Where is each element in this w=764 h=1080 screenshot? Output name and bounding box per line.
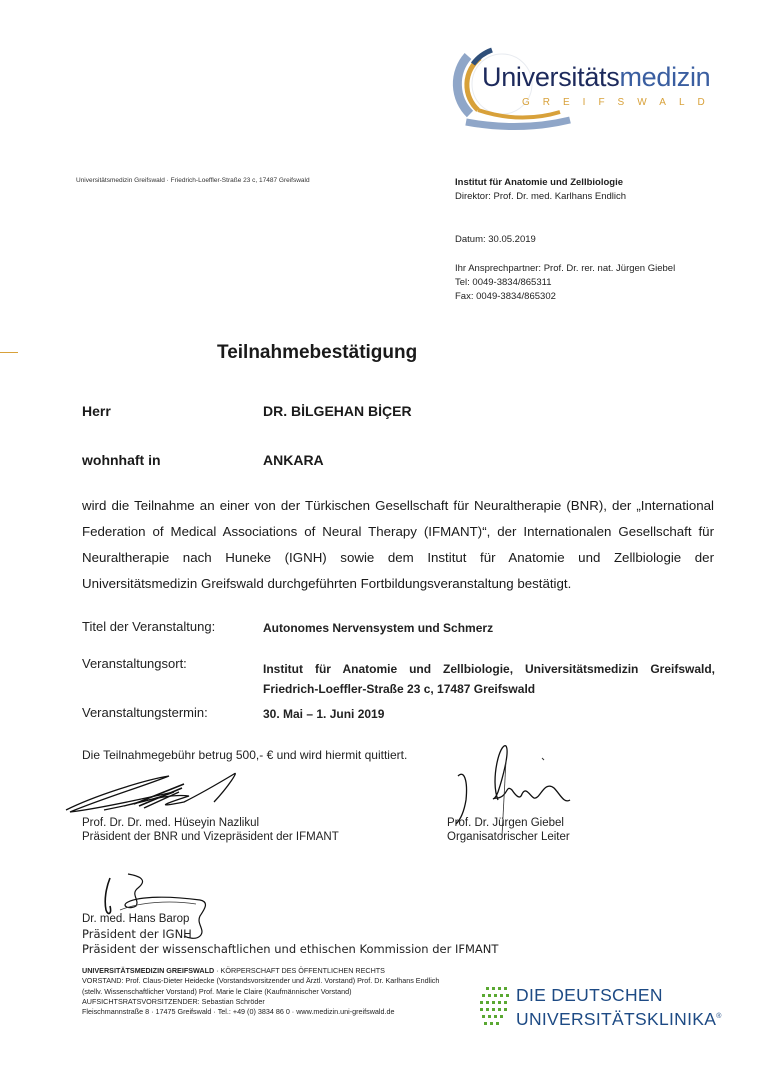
footer-line-5: Fleischmannstraße 8 · 17475 Greifswald ·…	[82, 1007, 439, 1017]
event-title-value: Autonomes Nervensystem und Schmerz	[263, 621, 493, 635]
institute-block: Institut für Anatomie und Zellbiologie D…	[455, 176, 626, 204]
logo-wordmark: Universitätsmedizin	[482, 62, 710, 93]
contact-block: Ihr Ansprechpartner: Prof. Dr. rer. nat.…	[455, 262, 675, 304]
footer-legal-form: · KÖRPERSCHAFT DES ÖFFENTLICHEN RECHTS	[214, 966, 385, 975]
fold-mark	[0, 352, 18, 353]
residence-value: ANKARA	[263, 452, 324, 468]
event-location-line1: Institut für Anatomie und Zellbiologie, …	[263, 657, 715, 682]
salutation-label: Herr	[82, 403, 111, 419]
signatory-2: Prof. Dr. Jürgen Giebel Organisatorische…	[447, 816, 570, 844]
institute-name: Institut für Anatomie und Zellbiologie	[455, 176, 626, 190]
footer-line-4: AUFSICHTSRATSVORSITZENDER: Sebastian Sch…	[82, 997, 439, 1007]
universitaetsmedizin-logo: Universitätsmedizin GREIFSWALD	[440, 42, 710, 132]
deutsche-universitaetsklinika-logo: DIE DEUTSCHEN UNIVERSITÄTSKLINIKA®	[476, 985, 726, 1035]
signatory-1: Prof. Dr. Dr. med. Hüseyin Nazlikul Präs…	[82, 816, 339, 844]
partner-wordmark: DIE DEUTSCHEN UNIVERSITÄTSKLINIKA®	[516, 985, 722, 1030]
partner-line-1: DIE DEUTSCHEN	[516, 985, 722, 1006]
contact-fax: Fax: 0049-3834/865302	[455, 290, 675, 304]
letterhead-footer: UNIVERSITÄTSMEDIZIN GREIFSWALD · KÖRPERS…	[82, 966, 439, 1017]
sender-address-line: Universitätsmedizin Greifswald · Friedri…	[76, 177, 310, 184]
event-date-value: 30. Mai – 1. Juni 2019	[263, 707, 384, 721]
registered-mark: ®	[716, 1013, 721, 1020]
event-location-line2: Friedrich-Loeffler-Straße 23 c, 17487 Gr…	[263, 682, 535, 696]
event-title-label: Titel der Veranstaltung:	[82, 619, 215, 634]
signature-nazlikul-icon	[64, 768, 244, 818]
contact-person: Ihr Ansprechpartner: Prof. Dr. rer. nat.…	[455, 262, 675, 276]
footer-line-2: VORSTAND: Prof. Claus-Dieter Heidecke (V…	[82, 976, 439, 986]
institute-director: Direktor: Prof. Dr. med. Karlhans Endlic…	[455, 190, 626, 204]
partner-line-2: UNIVERSITÄTSKLINIKA®	[516, 1006, 722, 1030]
logo-word-1: Universitäts	[482, 62, 619, 92]
fee-statement: Die Teilnahmegebühr betrug 500,- € und w…	[82, 748, 407, 762]
signatory-3-role2: Präsident der wissenschaftlichen und eth…	[82, 942, 498, 957]
signatory-3-role: Präsident der IGNH	[82, 927, 498, 942]
logo-word-2: medizin	[619, 62, 710, 92]
confirmation-body: wird die Teilnahme an einer von der Türk…	[82, 493, 714, 597]
partner-line-2-text: UNIVERSITÄTSKLINIKA	[516, 1009, 716, 1029]
footer-line-3: (stellv. Wissenschaftlicher Vorstand) Pr…	[82, 987, 439, 997]
footer-institution: UNIVERSITÄTSMEDIZIN GREIFSWALD	[82, 966, 214, 975]
residence-label: wohnhaft in	[82, 452, 161, 468]
event-date-label: Veranstaltungstermin:	[82, 705, 208, 720]
signatory-2-name: Prof. Dr. Jürgen Giebel	[447, 816, 570, 830]
dot-grid-icon	[476, 985, 512, 1033]
recipient-name: DR. BİLGEHAN BİÇER	[263, 403, 412, 419]
signatory-3-name: Dr. med. Hans Barop	[82, 912, 498, 927]
signatory-3: Dr. med. Hans Barop Präsident der IGNH P…	[82, 912, 498, 957]
signatory-2-role: Organisatorischer Leiter	[447, 830, 570, 844]
footer-line-1: UNIVERSITÄTSMEDIZIN GREIFSWALD · KÖRPERS…	[82, 966, 439, 976]
event-location-label: Veranstaltungsort:	[82, 656, 187, 671]
logo-location: GREIFSWALD	[522, 97, 718, 108]
document-date: Datum: 30.05.2019	[455, 234, 536, 245]
document-title: Teilnahmebestätigung	[217, 342, 417, 364]
signatory-1-name: Prof. Dr. Dr. med. Hüseyin Nazlikul	[82, 816, 339, 830]
signatory-1-role: Präsident der BNR und Vizepräsident der …	[82, 830, 339, 844]
contact-tel: Tel: 0049-3834/865311	[455, 276, 675, 290]
